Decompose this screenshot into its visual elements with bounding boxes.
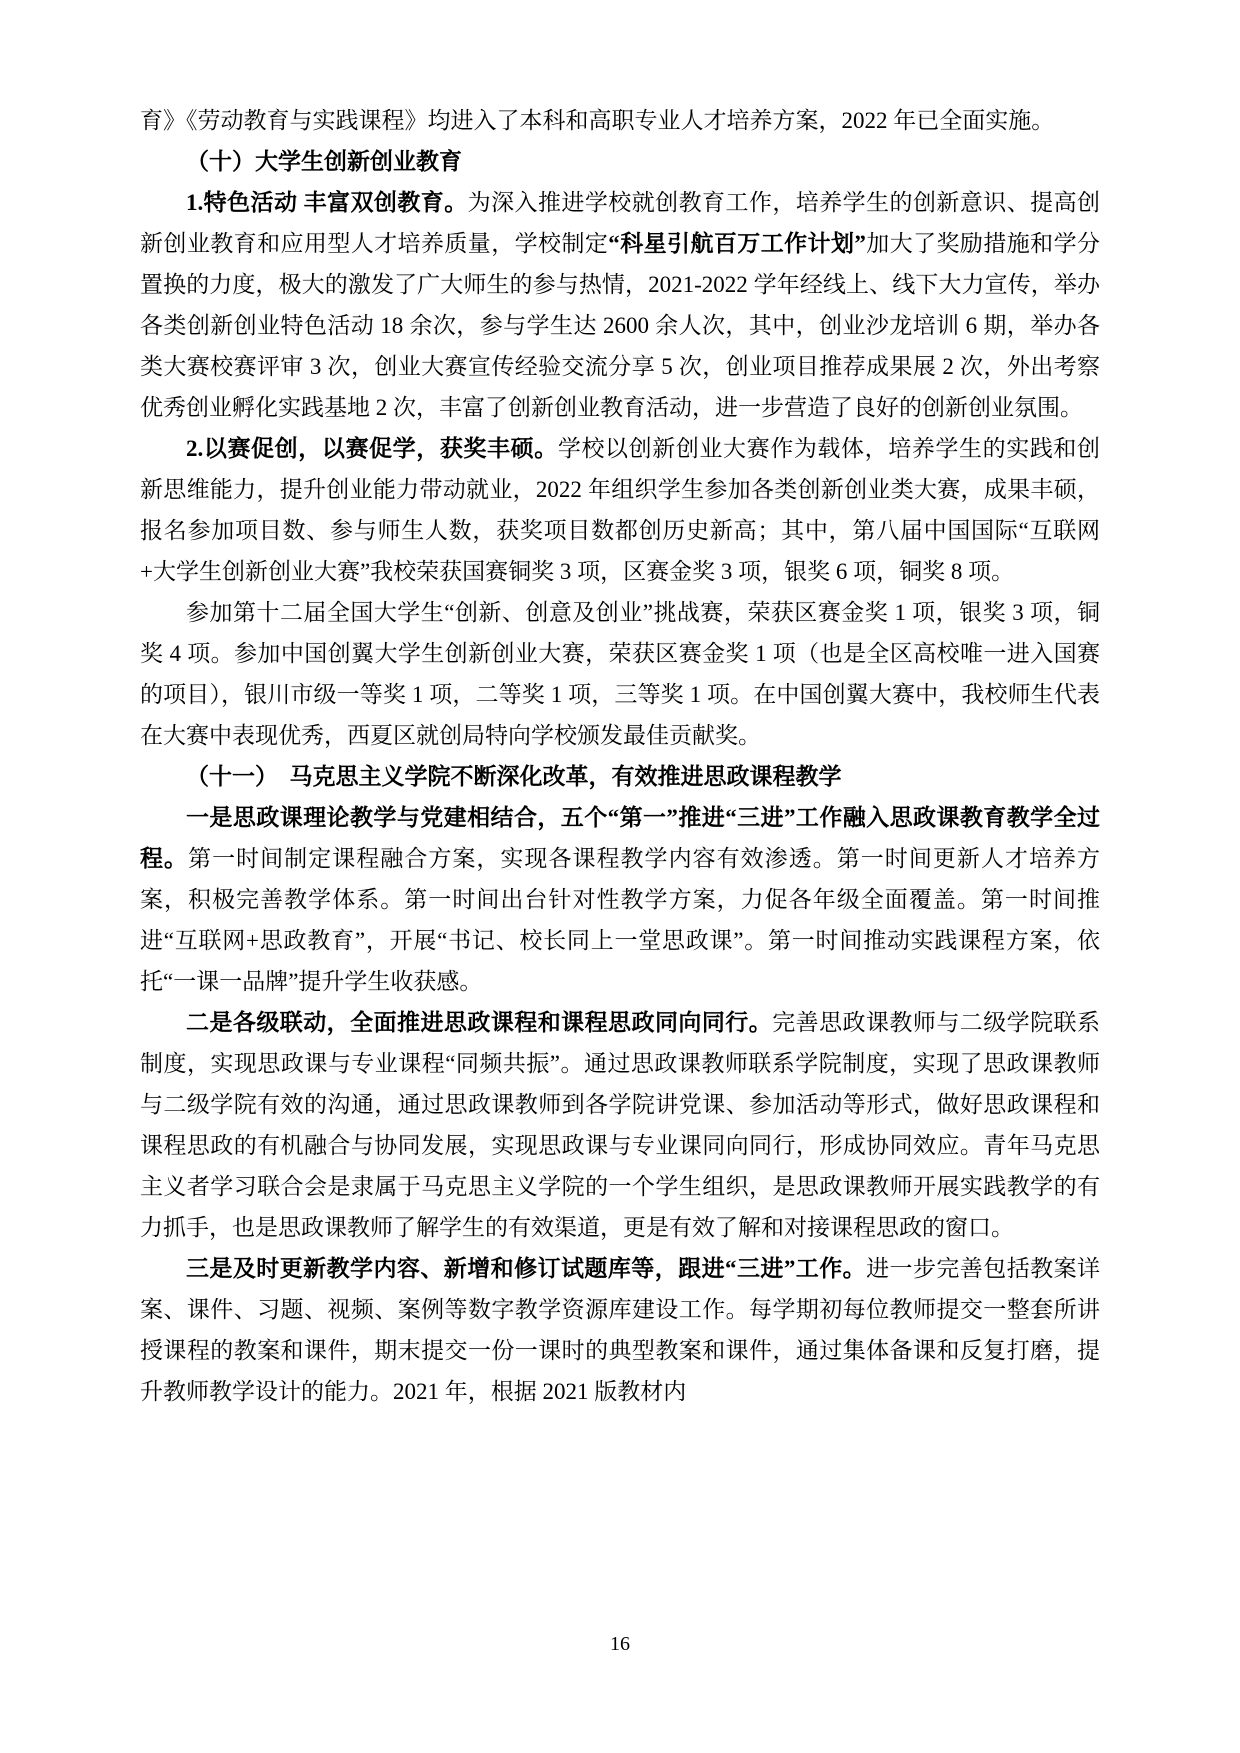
document-page: 育》《劳动教育与实践课程》均进入了本科和高职专业人才培养方案，2022 年已全面… <box>0 0 1240 1753</box>
bold-text-run: 三是及时更新教学内容、新增和修订试题库等，跟进“三进”工作。 <box>186 1256 866 1281</box>
bold-text-run: （十一） 马克思主义学院不断深化改革，有效推进思政课程教学 <box>186 764 842 789</box>
document-body: 育》《劳动教育与实践课程》均进入了本科和高职专业人才培养方案，2022 年已全面… <box>140 100 1100 1412</box>
bold-text-run: “科星引航百万工作计划” <box>608 231 866 256</box>
bold-text-run: 2.以赛促创，以赛促学，获奖丰硕。 <box>186 436 558 461</box>
bold-text-run: 二是各级联动，全面推进思政课程和课程思政同向同行。 <box>186 1010 772 1035</box>
bold-text-run: 1.特色活动 丰富双创教育。 <box>186 190 468 215</box>
section-heading: （十一） 马克思主义学院不断深化改革，有效推进思政课程教学 <box>140 756 1100 797</box>
paragraph: 1.特色活动 丰富双创教育。为深入推进学校就创教育工作，培养学生的创新意识、提高… <box>140 182 1100 428</box>
section-heading: （十）大学生创新创业教育 <box>140 141 1100 182</box>
page-number: 16 <box>0 1632 1240 1656</box>
paragraph: 一是思政课理论教学与党建相结合，五个“第一”推进“三进”工作融入思政课教育教学全… <box>140 797 1100 1002</box>
text-run: 第一时间制定课程融合方案，实现各课程教学内容有效渗透。第一时间更新人才培养方案，… <box>140 846 1100 994</box>
paragraph: 育》《劳动教育与实践课程》均进入了本科和高职专业人才培养方案，2022 年已全面… <box>140 100 1100 141</box>
paragraph: 二是各级联动，全面推进思政课程和课程思政同向同行。完善思政课教师与二级学院联系制… <box>140 1002 1100 1248</box>
text-run: 育》《劳动教育与实践课程》均进入了本科和高职专业人才培养方案，2022 年已全面… <box>140 108 1054 133</box>
bold-text-run: （十）大学生创新创业教育 <box>186 149 462 174</box>
text-run: 完善思政课教师与二级学院联系制度，实现思政课与专业课程“同频共振”。通过思政课教… <box>140 1010 1100 1240</box>
paragraph: 三是及时更新教学内容、新增和修订试题库等，跟进“三进”工作。进一步完善包括教案详… <box>140 1248 1100 1412</box>
text-run: 参加第十二届全国大学生“创新、创意及创业”挑战赛，荣获区赛金奖 1 项，银奖 3… <box>140 600 1100 748</box>
paragraph: 2.以赛促创，以赛促学，获奖丰硕。学校以创新创业大赛作为载体，培养学生的实践和创… <box>140 428 1100 592</box>
text-run: 加大了奖励措施和学分置换的力度，极大的激发了广大师生的参与热情，2021-202… <box>140 231 1100 420</box>
paragraph: 参加第十二届全国大学生“创新、创意及创业”挑战赛，荣获区赛金奖 1 项，银奖 3… <box>140 592 1100 756</box>
